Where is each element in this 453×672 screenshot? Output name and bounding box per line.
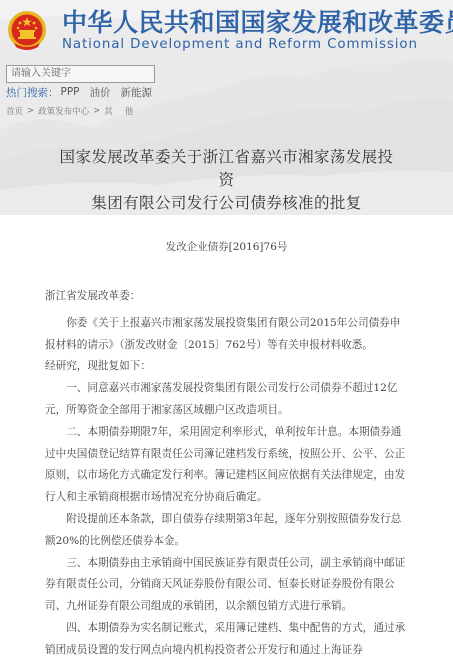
header-banner: 中华人民共和国国家发展和改革委员会 National Development a…	[0, 0, 453, 215]
breadcrumb-policy-center[interactable]: 政策发布中心	[38, 105, 89, 117]
hot-search-bar: 热门搜索： PPP 油价 新能源	[6, 85, 162, 99]
site-title-cn: 中华人民共和国国家发展和改革委员会	[62, 9, 453, 37]
site-title-en: National Development and Reform Commissi…	[62, 37, 453, 53]
paragraph: 你委《关于上报嘉兴市湘家荡发展投资集团有限公司2015年公司债券申报材料的请示》…	[45, 313, 407, 357]
national-emblem-icon	[6, 9, 48, 53]
document-title-line: 国家发展改革委关于浙江省嘉兴市湘家荡发展投	[0, 146, 453, 169]
hot-search-link-ppp[interactable]: PPP	[61, 86, 80, 98]
breadcrumb: 首页 > 政策发布中心 > 其他	[6, 105, 145, 117]
document-body: 浙江省发展改革委： 你委《关于上报嘉兴市湘家荡发展投资集团有限公司2015年公司…	[45, 286, 407, 662]
search-input[interactable]: 请输入关键字	[6, 65, 155, 83]
document-title-line: 资	[0, 169, 453, 192]
paragraph: 二、本期债券期限7年，采用固定利率形式，单利按年计息。本期债券通过中央国债登记结…	[45, 422, 407, 509]
document-number: 发改企业债券[2016]76号	[0, 239, 453, 254]
addressee: 浙江省发展改革委：	[45, 286, 407, 308]
hot-search-link-oil-price[interactable]: 油价	[90, 85, 111, 100]
breadcrumb-home[interactable]: 首页	[6, 105, 23, 117]
breadcrumb-other[interactable]: 其他	[104, 105, 145, 117]
paragraph: 附设提前还本条款，即自债券存续期第3年起，逐年分别按照债券发行总额20%的比例偿…	[45, 509, 407, 553]
paragraph: 一、同意嘉兴市湘家荡发展投资集团有限公司发行公司债券不超过12亿元，所筹资金全部…	[45, 378, 407, 422]
site-logo[interactable]: 中华人民共和国国家发展和改革委员会 National Development a…	[6, 6, 453, 56]
document-title-line: 集团有限公司发行公司债券核准的批复	[0, 192, 453, 215]
hot-search-link-new-energy[interactable]: 新能源	[121, 85, 153, 100]
hot-search-label: 热门搜索：	[6, 85, 59, 100]
paragraph: 四、本期债券为实名制记账式，采用簿记建档、集中配售的方式，通过承销团成员设置的发…	[45, 618, 407, 662]
breadcrumb-separator: >	[93, 106, 100, 116]
breadcrumb-separator: >	[27, 106, 34, 116]
paragraph: 三、本期债券由主承销商中国民族证券有限责任公司，副主承销商中邮证券有限责任公司，…	[45, 553, 407, 618]
paragraph: 经研究，现批复如下：	[45, 356, 407, 378]
document-title: 国家发展改革委关于浙江省嘉兴市湘家荡发展投 资 集团有限公司发行公司债券核准的批…	[0, 146, 453, 215]
